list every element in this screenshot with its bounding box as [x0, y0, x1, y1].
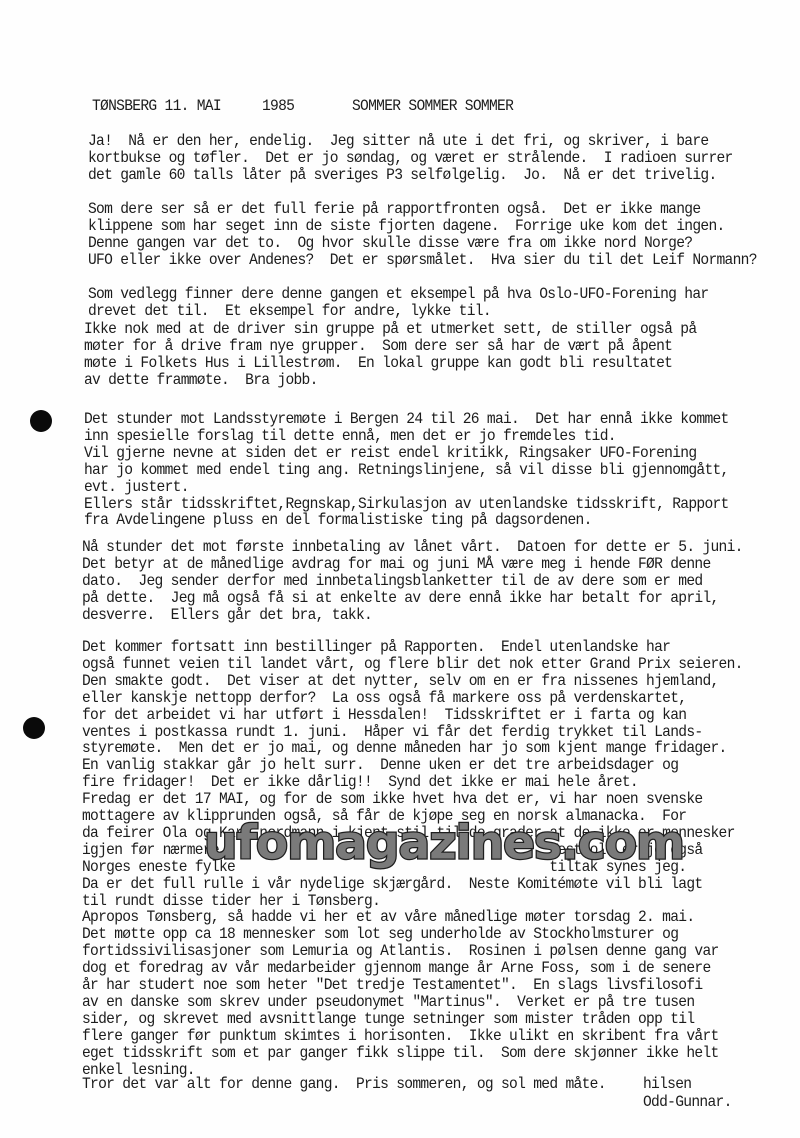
text-line: dato. Jeg sender derfor med innbetalings…	[82, 573, 702, 591]
text-line: på dette. Jeg må også få si at enkelte a…	[82, 590, 719, 608]
text-line: det gamle 60 talls låter på sveriges P3 …	[88, 167, 717, 185]
text-line: Det møtte opp ca 18 mennesker som lot se…	[82, 926, 678, 944]
text-line: Det kommer fortsatt inn bestillinger på …	[82, 639, 670, 657]
letter-page: TØNSBERG 11. MAI 1985 SOMMER SOMMER SOMM…	[0, 0, 800, 1138]
text-line: UFO eller ikke over Andenes? Det er spør…	[88, 252, 757, 270]
text-line: Det betyr at de månedlige avdrag for mai…	[82, 556, 711, 574]
text-line: av dette frammøte. Bra jobb.	[84, 372, 318, 390]
text-line: sider, og skrevet med avsnittlange tunge…	[82, 1011, 694, 1029]
text-line: Som dere ser så er det full ferie på rap…	[88, 201, 700, 219]
text-line: Ikke nok med at de driver sin gruppe på …	[84, 321, 696, 339]
text-line: evt. justert.	[84, 479, 189, 497]
header-year: 1985	[262, 98, 294, 115]
text-line: møter for å drive fram nye grupper. Som …	[84, 338, 672, 356]
text-line: fire fridager! Det er ikke dårlig!! Synd…	[82, 774, 638, 792]
text-line: kortbukse og tøfler. Det er jo søndag, o…	[88, 150, 733, 168]
text-line: fra Avdelingene pluss en del formalistis…	[84, 512, 592, 530]
text-line: Vil gjerne nevne at siden det er reist e…	[84, 445, 696, 463]
text-line: fortidssivilisasjoner som Lemuria og Atl…	[82, 943, 719, 961]
text-line: møte i Folkets Hus i Lillestrøm. En loka…	[84, 355, 672, 373]
text-line: Den smakte godt. Det viser at det nytter…	[82, 673, 719, 691]
text-line: Nå stunder det mot første innbetaling av…	[82, 539, 743, 557]
text-line: styremøte. Men det er jo mai, og denne m…	[82, 740, 727, 758]
text-line: flere ganger før punktum skimtes i horis…	[82, 1028, 719, 1046]
text-line: Som vedlegg finner dere denne gangen et …	[88, 286, 708, 304]
header-place-date: TØNSBERG 11. MAI	[92, 98, 221, 115]
header-title: SOMMER SOMMER SOMMER	[352, 98, 513, 115]
text-line: Da er det full rulle i vår nydelige skjæ…	[82, 876, 702, 894]
watermark: ufomagazines.com	[204, 820, 684, 866]
text-line: har jo kommet med endel ting ang. Retnin…	[84, 462, 729, 480]
text-line: drevet det til. Et eksempel for andre, l…	[88, 303, 491, 321]
text-line: Apropos Tønsberg, så hadde vi her et av …	[82, 909, 694, 927]
text-line: Fredag er det 17 MAI, og for de som ikke…	[82, 791, 702, 809]
text-line: En vanlig stakkar går jo helt surr. Denn…	[82, 757, 678, 775]
punch-hole-top	[30, 410, 52, 432]
text-line: eget tidsskrift som et par ganger fikk s…	[82, 1045, 719, 1063]
text-line: av en danske som skrev under pseudonymet…	[82, 994, 694, 1012]
signature: Odd-Gunnar.	[643, 1094, 732, 1112]
closing-greeting: hilsen	[643, 1076, 691, 1094]
text-line: desverre. Ellers går det bra, takk.	[82, 607, 372, 625]
text-line: Ja! Nå er den her, endelig. Jeg sitter n…	[88, 133, 708, 151]
text-line: inn spesielle forslag til dette ennå, me…	[84, 428, 616, 446]
text-line: klippene som har seget inn de siste fjor…	[88, 218, 725, 236]
text-line: for det arbeidet vi har utført i Hessdal…	[82, 707, 686, 725]
punch-hole-bottom	[23, 717, 45, 739]
text-line: Denne gangen var det to. Og hvor skulle …	[88, 235, 692, 253]
text-line: dog et foredrag av vår medarbeider gjenn…	[82, 960, 711, 978]
closing-text: Tror det var alt for denne gang. Pris so…	[82, 1076, 606, 1094]
text-line: år har studert noe som heter "Det tredje…	[82, 977, 702, 995]
text-line: Det stunder mot Landsstyremøte i Bergen …	[84, 411, 729, 429]
text-line: eller kanskje nettopp derfor? La oss ogs…	[82, 690, 686, 708]
text-line: også funnet veien til landet vårt, og fl…	[82, 656, 743, 674]
